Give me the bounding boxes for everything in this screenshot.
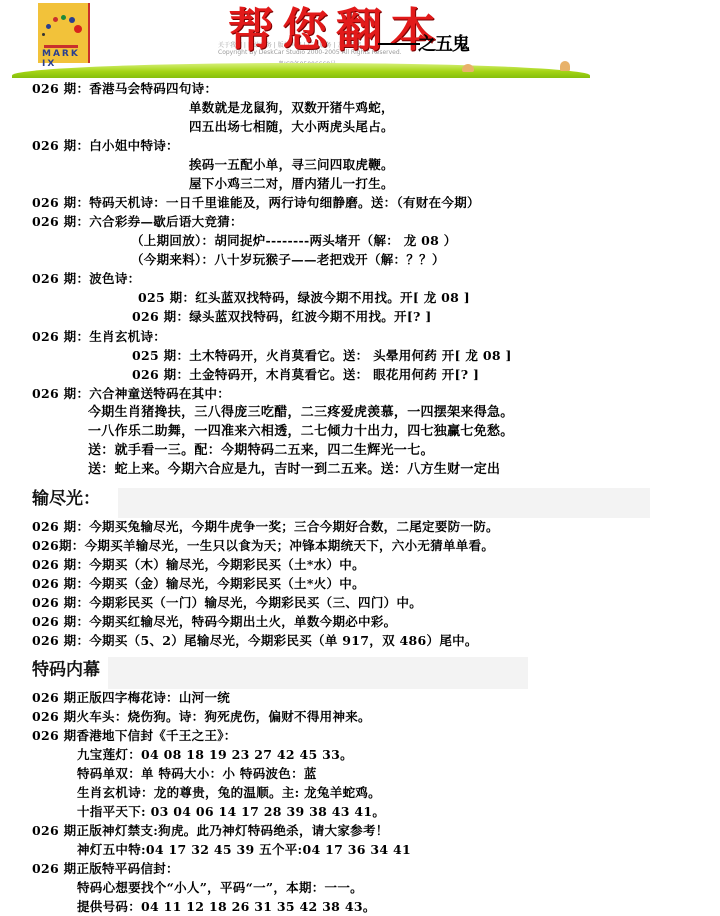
page-title: 帮您翻本 [228, 0, 444, 60]
poem-line: （今期来料）：八十岁玩猴子——老把戏开（解：？？） [131, 252, 445, 268]
lose-item: 026 期：今期买（金）输尽光，今期彩民买（土*火）中。 [32, 576, 365, 592]
header-banner: MARK IX 关于我们 | 网站事务 | 版权声明 | 广告服务 | 友情链接… [0, 0, 720, 80]
page-subtitle: 之五鬼 [418, 30, 469, 56]
lose-item: 026 期：今期买（5、2）尾输尽光，今期彩民买（单 917，双 486）尾中。 [32, 633, 478, 649]
poem-line: （上期回放）：胡同捉炉--------两头堵开（解： 龙 08 ） [131, 233, 457, 249]
poem-label: 026 期：生肖玄机诗： [32, 329, 166, 345]
logo-dot-icon [46, 24, 51, 29]
poem-label: 026 期：六合彩券—歇后语大竞猜： [32, 214, 243, 230]
lose-item: 026 期：今期买红输尽光，特码今期出土火，单数今期必中彩。 [32, 614, 396, 630]
envelope-detail: 十指平天下: 03 04 06 14 17 28 39 38 43 41。 [77, 804, 385, 820]
logo-dot-icon [69, 17, 75, 23]
envelope-label: 026 期正版特平码信封： [32, 861, 179, 877]
poem-label: 026 期：六合神童送特码在其中： [32, 386, 230, 402]
poem-label: 026 期：香港马会特码四句诗： [32, 81, 217, 97]
poem-line: 送：就手看一三。配：今期特码二五来，四二生辉光一七。 [88, 443, 434, 459]
envelope-detail: 生肖玄机诗：龙的尊贵，兔的温顺。主: 龙兔羊蛇鸡。 [77, 785, 381, 801]
poem-label: 026 期：白小姐中特诗： [32, 138, 179, 154]
poem-label: 026 期：波色诗： [32, 271, 140, 287]
lamp-line: 神灯五中特:04 17 32 45 39 五个平:04 17 36 34 41 [77, 842, 411, 858]
poem-line: 挨码一五配小单，寻三问四取虎鞭。 [189, 157, 394, 173]
envelope-line: 特码心想要找个“小人”，平码“一”，本期：一一。 [77, 880, 363, 896]
lose-item: 026期：今期买羊输尽光，一生只以食为天；冲锋本期统天下，六小无猜单单看。 [32, 538, 494, 554]
poem-label: 026 期：特码天机诗：一日千里谁能及，两行诗句细静磨。送：（有财在今期） [32, 195, 480, 211]
title-underline [378, 43, 420, 45]
snail-icon [560, 61, 570, 71]
logo-dot-icon [42, 33, 45, 36]
mushroom-icon [462, 64, 474, 72]
logo-dot-icon [61, 15, 66, 20]
site-logo[interactable]: MARK IX [38, 3, 90, 63]
poem-line: 025 期：红头蓝双找特码，绿波今期不用找。开[ 龙 08 ] [138, 290, 470, 306]
poem-line: 026 期：绿头蓝双找特码，红波今期不用找。开[? ] [132, 309, 432, 325]
logo-text: MARK IX [42, 49, 88, 69]
logo-dot-icon [74, 25, 82, 33]
envelope-line: 提供号码：04 11 12 18 26 31 35 42 38 43。 [77, 899, 376, 915]
section-heading-bar [118, 488, 650, 518]
lose-item: 026 期：今期买兔输尽光，今期牛虎争一奖；三合今期好合数，二尾定要防一防。 [32, 519, 499, 535]
inside-item: 026 期正版四字梅花诗：山河一统 [32, 690, 230, 706]
section-heading-lose: 输尽光： [32, 488, 100, 510]
lose-item: 026 期：今期买（木）输尽光，今期彩民买（土*水）中。 [32, 557, 365, 573]
envelope-detail: 特码单双：单 特码大小：小 特码波色：蓝 [77, 766, 317, 782]
lose-item: 026 期：今期彩民买（一门）输尽光，今期彩民买（三、四门）中。 [32, 595, 422, 611]
lamp-label: 026 期正版神灯禁支:狗虎。此乃神灯特码绝杀，请大家参考！ [32, 823, 389, 839]
poem-line: 单数就是龙鼠狗，双数开猪牛鸡蛇， [189, 100, 394, 116]
inside-item: 026 期火车头：烧伤狗。诗：狗死虎伤，偏财不得用神来。 [32, 709, 371, 725]
logo-dot-icon [53, 17, 58, 22]
poem-line: 026 期：土金特码开，木肖莫看它。送： 眼花用何药 开[? ] [132, 367, 479, 383]
inside-item: 026 期香港地下信封《千王之王》： [32, 728, 237, 744]
poem-line: 屋下小鸡三二对，厝内猪儿一打生。 [189, 176, 394, 192]
logo-bar [44, 45, 78, 48]
section-heading-bar [108, 657, 528, 689]
section-heading-inside: 特码内幕 [32, 659, 100, 681]
poem-line: 四五出场七相随，大小两虎头尾占。 [189, 119, 394, 135]
poem-line: 一八作乐二助舞，一四准来六相透，二七倾力十出力，四七独赢七免愁。 [88, 424, 514, 440]
poem-line: 025 期：土木特码开，火肖莫看它。送： 头晕用何药 开[ 龙 08 ] [132, 348, 512, 364]
poem-line: 今期生肖猪搀扶，三八得庞三吃醋，二三疼爱虎羡慕，一四摆架来得急。 [88, 405, 514, 421]
poem-line: 送：蛇上来。今期六合应是九，吉时一到二五来。送：八方生财一定出 [88, 462, 500, 478]
envelope-detail: 九宝莲灯：04 08 18 19 23 27 42 45 33。 [77, 747, 353, 763]
grass-decoration [12, 63, 590, 78]
